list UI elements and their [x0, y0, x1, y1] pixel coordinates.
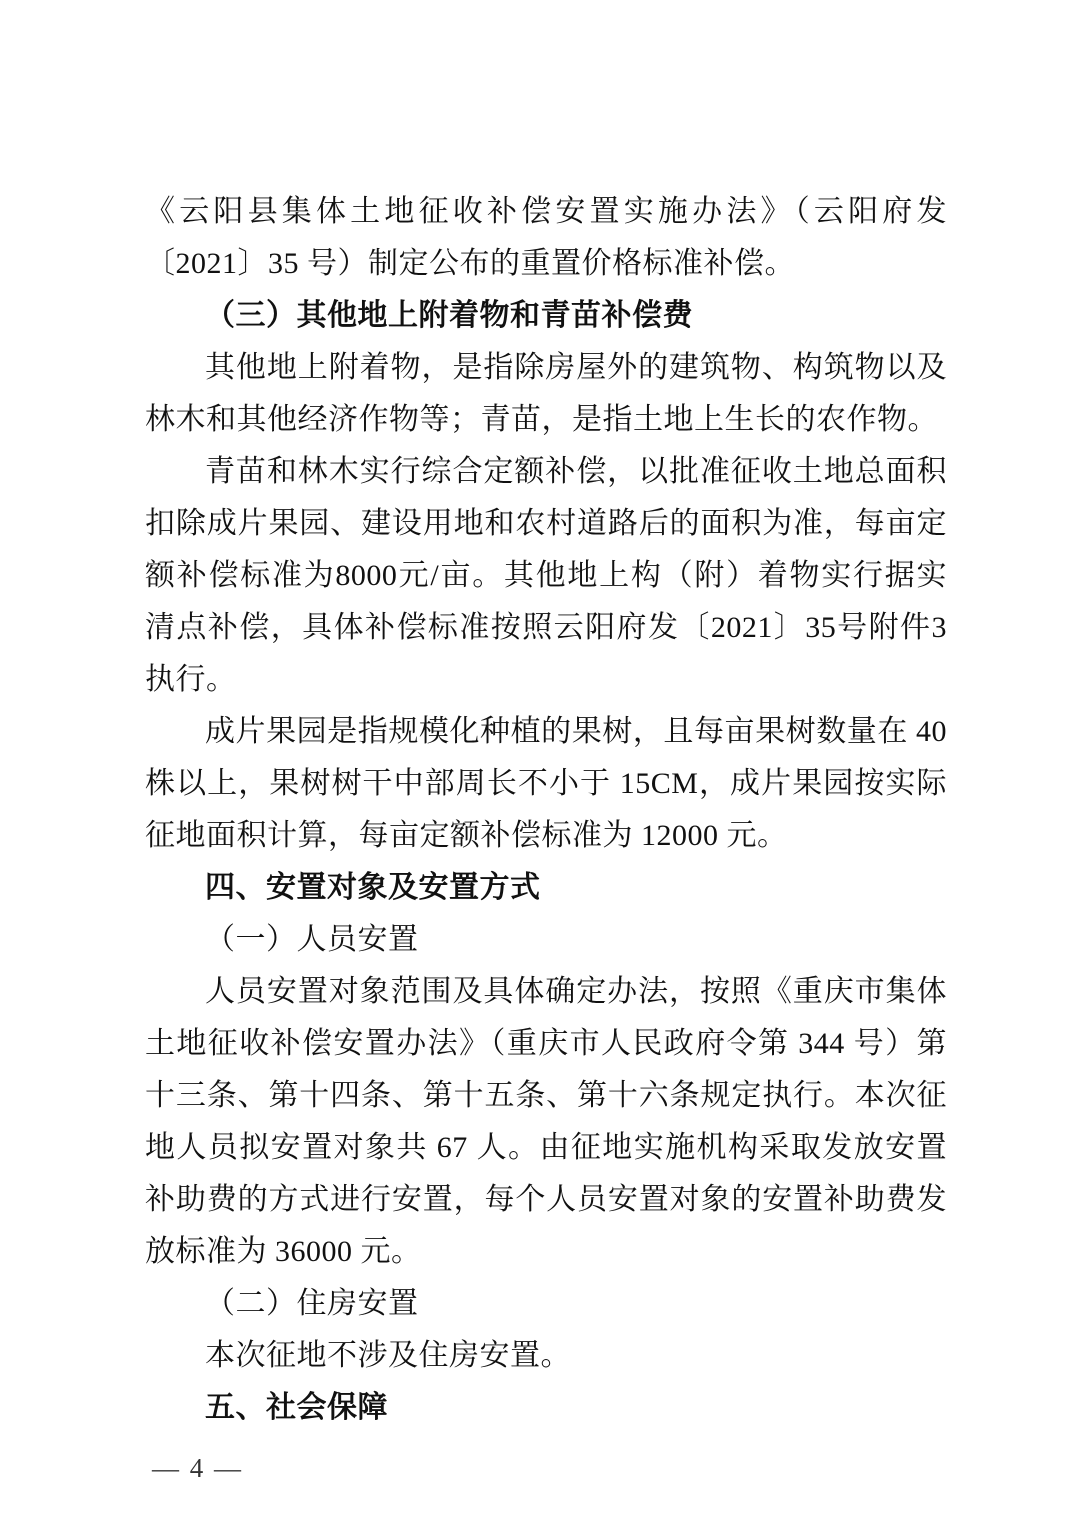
body-paragraph: 其他地上附着物，是指除房屋外的建筑物、构筑物以及林木和其他经济作物等；青苗，是指…: [145, 342, 947, 446]
body-paragraph: 成片果园是指规模化种植的果树，且每亩果树数量在 40 株以上，果树树干中部周长不…: [145, 706, 947, 862]
page-number: — 4 —: [152, 1453, 243, 1484]
document-body: 《云阳县集体土地征收补偿安置实施办法》（云阳府发〔2021〕35 号）制定公布的…: [145, 186, 947, 1434]
body-paragraph: 本次征地不涉及住房安置。: [145, 1330, 947, 1382]
section-subheading-2: （二）住房安置: [145, 1278, 947, 1330]
section-heading-4: 四、安置对象及安置方式: [145, 862, 947, 914]
body-paragraph-continuation: 《云阳县集体土地征收补偿安置实施办法》（云阳府发〔2021〕35 号）制定公布的…: [145, 186, 947, 290]
body-paragraph: 青苗和林木实行综合定额补偿，以批准征收土地总面积扣除成片果园、建设用地和农村道路…: [145, 446, 947, 706]
section-subheading-1: （一）人员安置: [145, 914, 947, 966]
document-page: 《云阳县集体土地征收补偿安置实施办法》（云阳府发〔2021〕35 号）制定公布的…: [0, 0, 1074, 1520]
body-paragraph: 人员安置对象范围及具体确定办法，按照《重庆市集体土地征收补偿安置办法》（重庆市人…: [145, 966, 947, 1278]
section-heading-5: 五、社会保障: [145, 1382, 947, 1434]
section-subheading-3: （三）其他地上附着物和青苗补偿费: [145, 290, 947, 342]
